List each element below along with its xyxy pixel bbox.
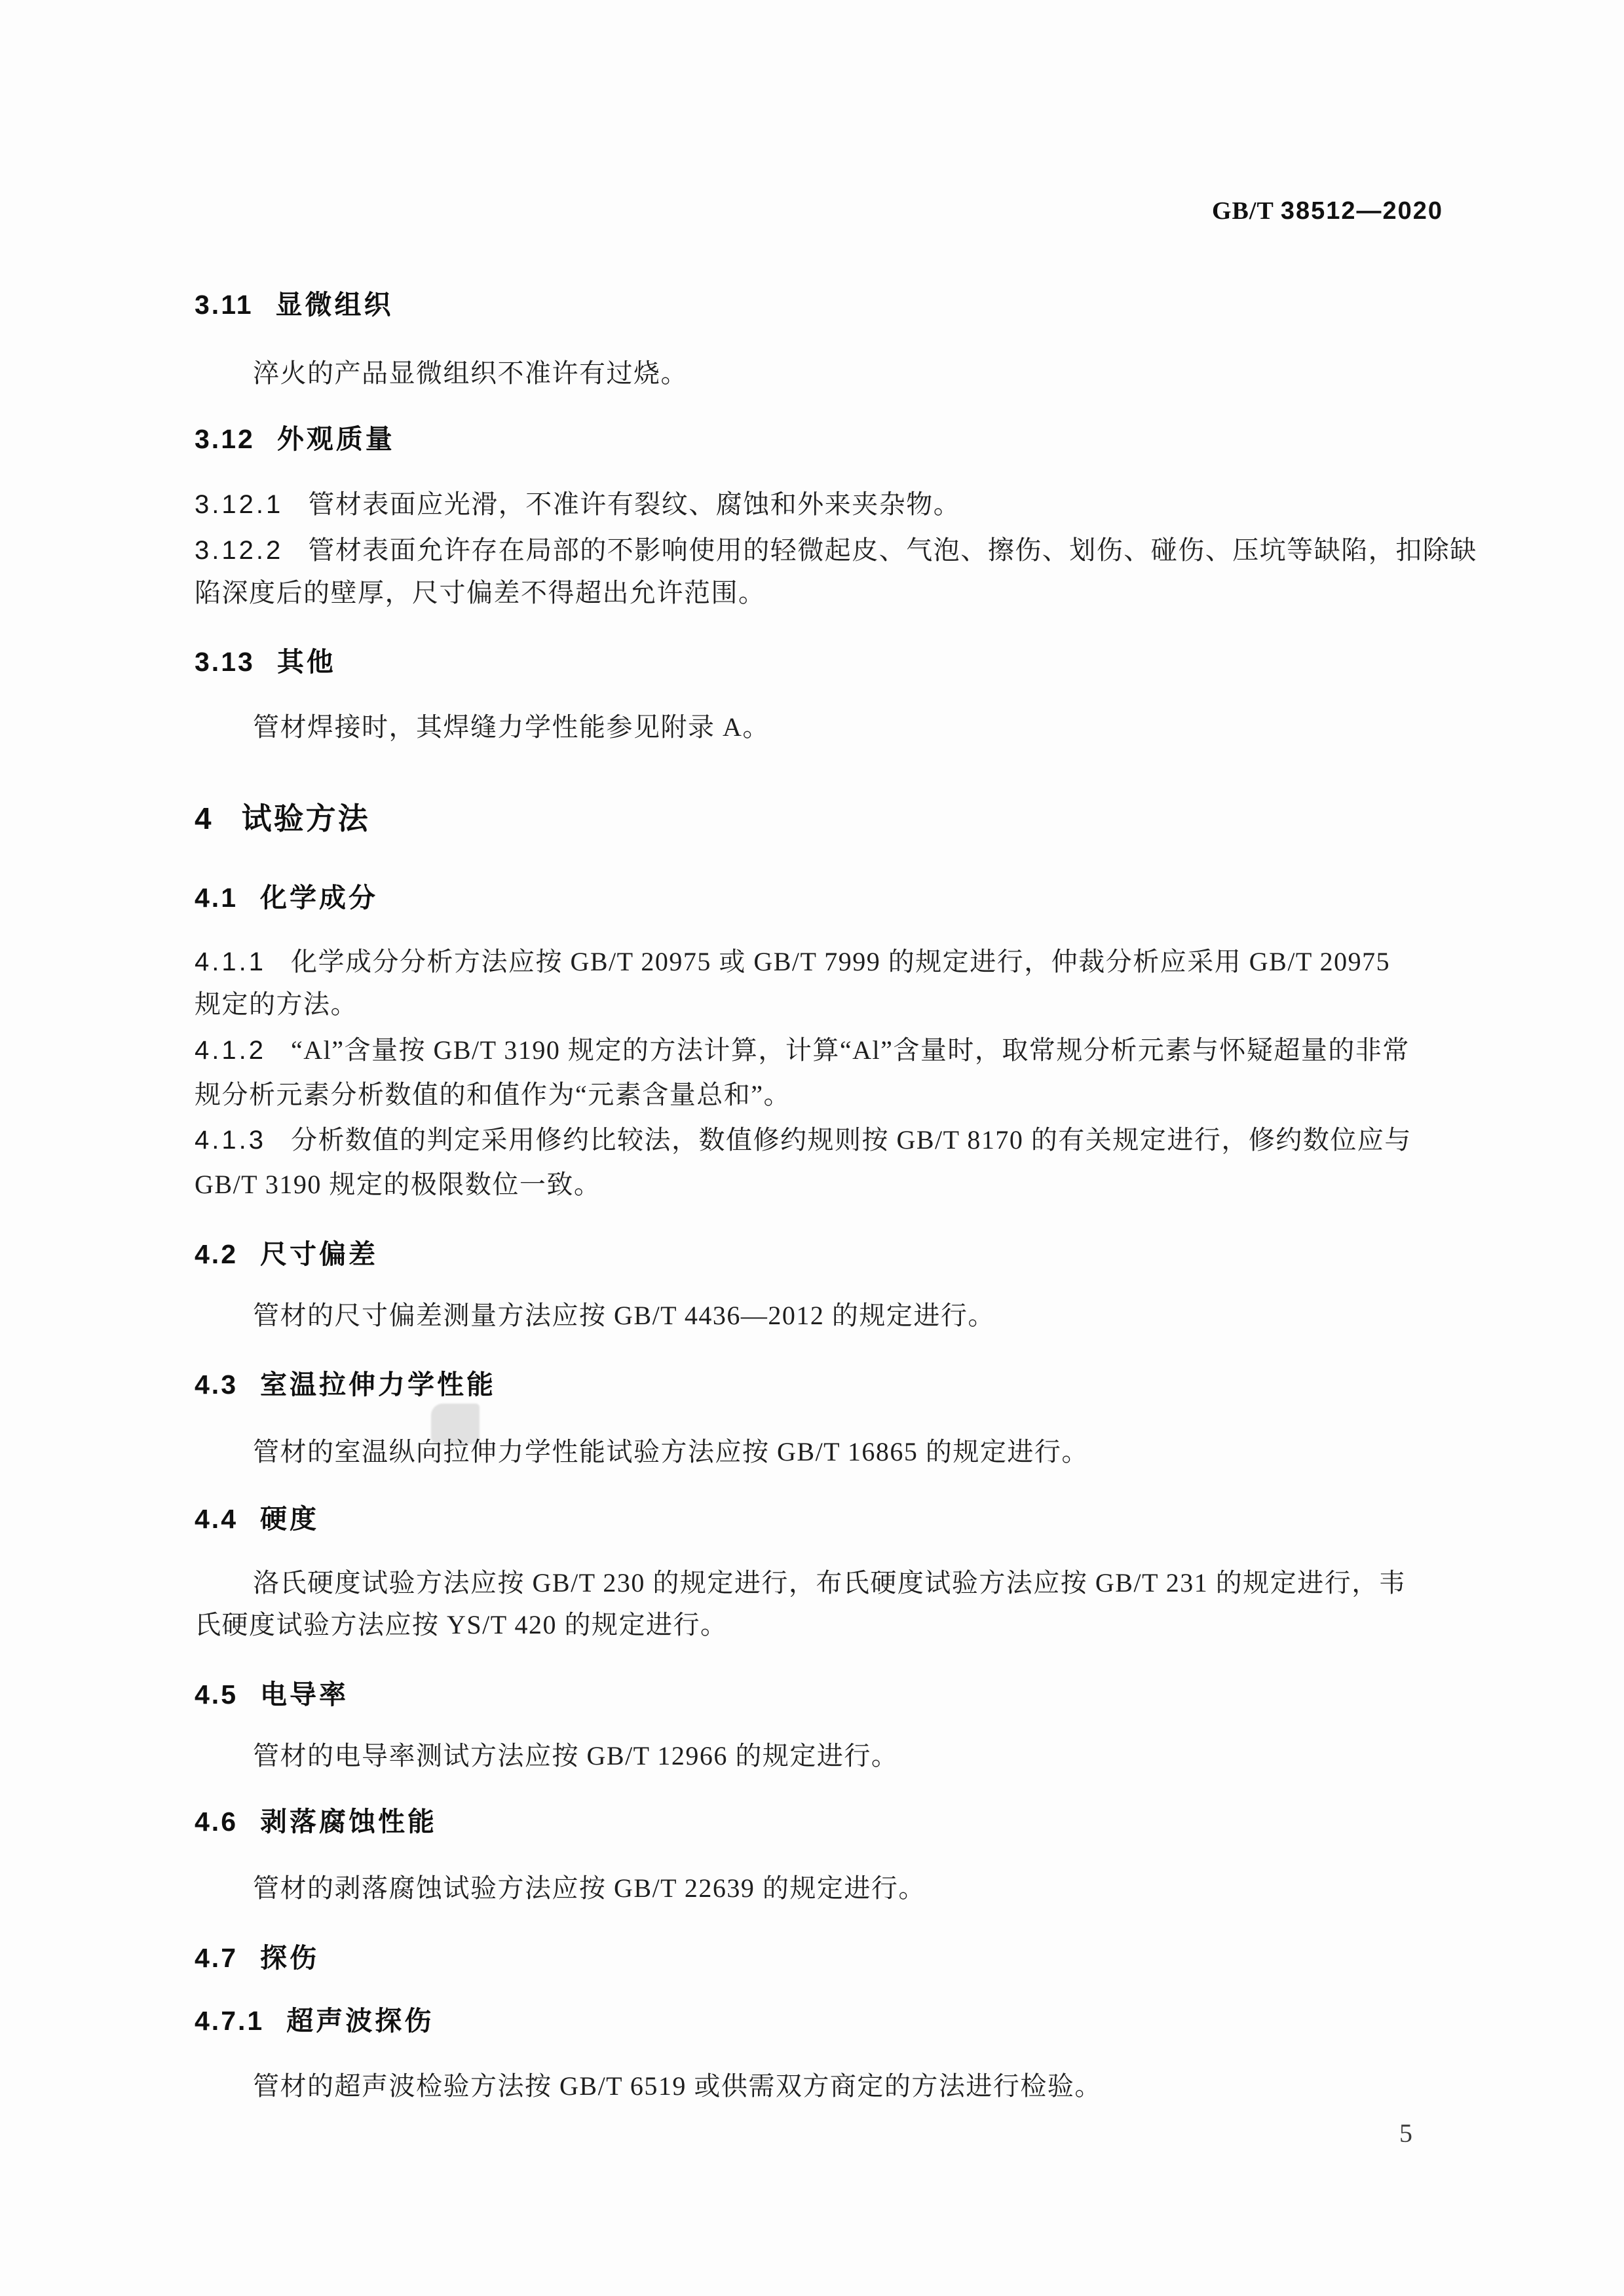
paragraph-text: 管材的剥落腐蚀试验方法应按 GB/T 22639 的规定进行。 (253, 1873, 926, 1903)
paragraph-text: 管材的尺寸偏差测量方法应按 GB/T 4436—2012 的规定进行。 (253, 1301, 995, 1330)
paragraph-text: 化学成分分析方法应按 GB/T 20975 或 GB/T 7999 的规定进行，… (291, 947, 1390, 976)
clause-number: 4.6 (195, 1807, 238, 1837)
clause-4-1-1-paragraph-line1: 4.1.1化学成分分析方法应按 GB/T 20975 或 GB/T 7999 的… (195, 949, 1390, 975)
clause-4-4-paragraph-line2: 氏硬度试验方法应按 YS/T 420 的规定进行。 (195, 1612, 727, 1638)
clause-4-2-heading: 4.2尺寸偏差 (195, 1241, 378, 1268)
clause-4-1-3-paragraph-line2: GB/T 3190 规定的极限数位一致。 (195, 1172, 601, 1198)
clause-3-11-paragraph: 淬火的产品显微组织不准许有过烧。 (253, 360, 688, 387)
clause-title: 探伤 (260, 1943, 319, 1973)
paragraph-number: 4.1.2 (195, 1036, 266, 1065)
paragraph-number: 3.12.1 (195, 490, 283, 519)
clause-3-12-2-paragraph-line2: 陷深度后的壁厚，尺寸偏差不得超出允许范围。 (195, 580, 766, 606)
paragraph-text: 管材的超声波检验方法按 GB/T 6519 或供需双方商定的方法进行检验。 (253, 2071, 1102, 2101)
clause-3-13-paragraph: 管材焊接时，其焊缝力学性能参见附录 A。 (253, 714, 770, 740)
page-number: 5 (1399, 2118, 1412, 2149)
clause-title: 外观质量 (277, 424, 395, 454)
clause-number: 4.7.1 (195, 2006, 264, 2036)
paragraph-text: 氏硬度试验方法应按 YS/T 420 的规定进行。 (195, 1610, 727, 1639)
clause-4-1-1-paragraph-line2: 规定的方法。 (195, 991, 358, 1018)
clause-number: 3.12 (195, 424, 255, 454)
paragraph-text: 规分析元素分析数值的和值作为“元素含量总和”。 (195, 1080, 791, 1109)
paragraph-text: 分析数值的判定采用修约比较法，数值修约规则按 GB/T 8170 的有关规定进行… (291, 1125, 1412, 1155)
clause-number: 4.4 (195, 1504, 238, 1534)
paragraph-text: 管材的室温纵向拉伸力学性能试验方法应按 GB/T 16865 的规定进行。 (253, 1437, 1089, 1466)
clause-3-12-2-paragraph-line1: 3.12.2管材表面允许存在局部的不影响使用的轻微起皮、气泡、擦伤、划伤、碰伤、… (195, 537, 1477, 564)
chapter-4-heading: 4试验方法 (195, 803, 370, 833)
clause-title: 其他 (277, 647, 336, 677)
chapter-title: 试验方法 (242, 801, 370, 835)
clause-title: 显微组织 (276, 290, 394, 320)
clause-number: 3.11 (195, 290, 254, 320)
clause-4-2-paragraph: 管材的尺寸偏差测量方法应按 GB/T 4436—2012 的规定进行。 (253, 1303, 995, 1329)
clause-4-5-paragraph: 管材的电导率测试方法应按 GB/T 12966 的规定进行。 (253, 1743, 898, 1769)
clause-4-3-paragraph: 管材的室温纵向拉伸力学性能试验方法应按 GB/T 16865 的规定进行。 (253, 1439, 1089, 1465)
clause-number: 4.7 (195, 1943, 238, 1973)
clause-4-7-heading: 4.7探伤 (195, 1945, 319, 1972)
paragraph-text: 管材的电导率测试方法应按 GB/T 12966 的规定进行。 (253, 1741, 898, 1770)
standard-number: 38512—2020 (1281, 197, 1443, 225)
clause-4-5-heading: 4.5电导率 (195, 1681, 349, 1708)
paragraph-text: 洛氏硬度试验方法应按 GB/T 230 的规定进行，布氏硬度试验方法应按 GB/… (253, 1568, 1406, 1598)
paragraph-number: 4.1.1 (195, 947, 266, 976)
clause-3-13-heading: 3.13其他 (195, 649, 336, 676)
clause-number: 4.1 (195, 883, 238, 913)
paragraph-text: “Al”含量按 GB/T 3190 规定的方法计算，计算“Al”含量时，取常规分… (291, 1035, 1410, 1065)
clause-4-3-heading: 4.3室温拉伸力学性能 (195, 1371, 496, 1398)
clause-3-11-heading: 3.11显微组织 (195, 292, 394, 318)
clause-4-1-heading: 4.1化学成分 (195, 885, 378, 911)
paragraph-number: 3.12.2 (195, 536, 283, 565)
clause-4-6-paragraph: 管材的剥落腐蚀试验方法应按 GB/T 22639 的规定进行。 (253, 1875, 926, 1902)
clause-title: 尺寸偏差 (260, 1239, 378, 1269)
clause-number: 4.3 (195, 1369, 238, 1400)
clause-4-1-3-paragraph-line1: 4.1.3分析数值的判定采用修约比较法，数值修约规则按 GB/T 8170 的有… (195, 1127, 1412, 1153)
clause-title: 剥落腐蚀性能 (260, 1807, 437, 1837)
document-page: GB/T38512—2020 3.11显微组织 淬火的产品显微组织不准许有过烧。… (0, 0, 1624, 2296)
standard-prefix: GB/T (1212, 197, 1274, 225)
chapter-number: 4 (195, 801, 214, 835)
paragraph-number: 4.1.3 (195, 1126, 266, 1155)
clause-number: 3.13 (195, 647, 255, 677)
clause-title: 硬度 (260, 1504, 319, 1534)
clause-4-7-1-heading: 4.7.1超声波探伤 (195, 2008, 434, 2035)
clause-title: 化学成分 (260, 883, 378, 913)
paragraph-text: GB/T 3190 规定的极限数位一致。 (195, 1170, 601, 1199)
paragraph-text: 规定的方法。 (195, 989, 358, 1019)
clause-4-7-1-paragraph: 管材的超声波检验方法按 GB/T 6519 或供需双方商定的方法进行检验。 (253, 2073, 1102, 2099)
paragraph-text: 淬火的产品显微组织不准许有过烧。 (253, 358, 688, 388)
clause-title: 室温拉伸力学性能 (260, 1369, 496, 1400)
clause-4-6-heading: 4.6剥落腐蚀性能 (195, 1808, 437, 1835)
clause-title: 电导率 (260, 1679, 349, 1710)
clause-4-1-2-paragraph-line1: 4.1.2“Al”含量按 GB/T 3190 规定的方法计算，计算“Al”含量时… (195, 1037, 1410, 1063)
clause-4-1-2-paragraph-line2: 规分析元素分析数值的和值作为“元素含量总和”。 (195, 1082, 791, 1108)
clause-title: 超声波探伤 (286, 2006, 434, 2036)
paragraph-text: 管材表面应光滑，不准许有裂纹、腐蚀和外来夹杂物。 (308, 489, 960, 519)
standard-code-header: GB/T38512—2020 (1212, 197, 1443, 225)
clause-3-12-1-paragraph: 3.12.1管材表面应光滑，不准许有裂纹、腐蚀和外来夹杂物。 (195, 491, 960, 518)
clause-4-4-paragraph-line1: 洛氏硬度试验方法应按 GB/T 230 的规定进行，布氏硬度试验方法应按 GB/… (253, 1570, 1406, 1596)
paragraph-text: 陷深度后的壁厚，尺寸偏差不得超出允许范围。 (195, 578, 766, 607)
paragraph-text: 管材焊接时，其焊缝力学性能参见附录 A。 (253, 712, 770, 742)
clause-3-12-heading: 3.12外观质量 (195, 426, 395, 453)
paragraph-text: 管材表面允许存在局部的不影响使用的轻微起皮、气泡、擦伤、划伤、碰伤、压坑等缺陷，… (308, 535, 1477, 565)
clause-number: 4.2 (195, 1239, 238, 1269)
clause-4-4-heading: 4.4硬度 (195, 1506, 319, 1533)
clause-number: 4.5 (195, 1679, 238, 1710)
